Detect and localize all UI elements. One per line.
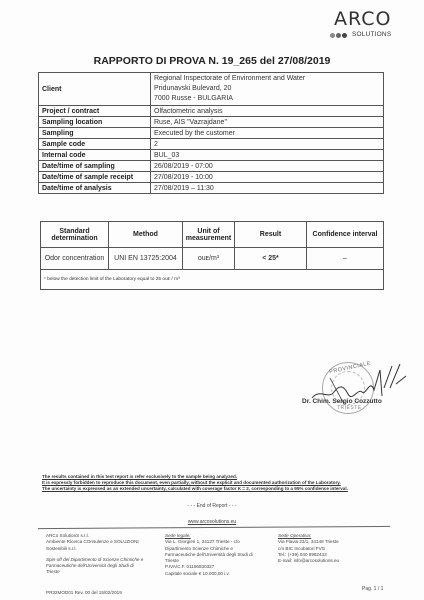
header-method: Method <box>109 222 183 248</box>
footer-company: ARCo SolutionS s.r.l. Ambiente Ricerca C… <box>46 533 156 576</box>
row-label: Sampling <box>39 128 151 139</box>
client-address: Pridunavski Bulevard, 20 <box>154 84 380 94</box>
detection-limit-note: * below the detection limit of the Labor… <box>41 270 384 290</box>
spinoff-line: Trieste <box>46 569 156 575</box>
row-value: Olfactometric analysis <box>151 106 384 117</box>
report-title: RAPPORTO DI PROVA N. 19_265 del 27/08/20… <box>0 55 424 67</box>
table-row: Internal codeBUL_03 <box>39 150 384 161</box>
disclaimer: The results contained in this test repor… <box>42 474 382 491</box>
row-label: Sampling location <box>39 117 151 128</box>
table-row: Date/time of analysis27/08/2019 – 11:30 <box>39 183 384 194</box>
row-label: Project / contract <box>39 106 151 117</box>
row-value: 2 <box>151 139 384 150</box>
unit-cell: ouᴇ/m³ <box>183 248 235 270</box>
table-row: Sample code2 <box>39 139 384 150</box>
table-row-client: Client Regional Inspectorate of Environm… <box>39 73 384 106</box>
results-row: Odor concentration UNI EN 13725:2004 ouᴇ… <box>41 248 384 270</box>
logo-subtitle: SOLUTIONS <box>352 31 391 38</box>
client-label: Client <box>39 73 151 106</box>
header-unit: Unit of measurement <box>183 222 235 248</box>
footer-operative-office: Sede Operativa: Via Flavia 23/1, 34148 T… <box>278 533 388 564</box>
table-row: Date/time of sampling26/08/2019 - 07:00 <box>39 161 384 172</box>
footer-legal-office: Sede legale: Via L. Giorgieri 1, 34127 T… <box>165 533 275 577</box>
table-row: Project / contractOlfactometric analysis <box>39 106 384 117</box>
client-city: 7000 Russe - BULGARIA <box>154 94 380 104</box>
disclaimer-line: The uncertainty is expressed as an exten… <box>42 486 382 492</box>
results-table: Standard determination Method Unit of me… <box>40 221 384 290</box>
row-value: Executed by the customer <box>151 128 384 139</box>
signer-name: Dr. Chim. Sergio Cozzutto <box>302 398 382 405</box>
operative-email: E-mail: info@arcosolutions.eu <box>278 558 388 564</box>
row-label: Date/time of sampling <box>39 161 151 172</box>
page-number: Pag. 1 / 1 <box>362 586 383 592</box>
confidence-cell: – <box>307 248 384 270</box>
logo-wordmark: ARCO <box>334 8 391 30</box>
row-value: Ruse, AIS "Vazrajdane" <box>151 117 384 128</box>
header-confidence-interval: Confidence interval <box>307 222 384 248</box>
table-row: Sampling locationRuse, AIS "Vazrajdane" <box>39 117 384 128</box>
header-standard-determination: Standard determination <box>41 222 109 248</box>
header-result: Result <box>235 222 307 248</box>
row-value: BUL_03 <box>151 150 384 161</box>
row-label: Date/time of analysis <box>39 183 151 194</box>
sample-info-table: Client Regional Inspectorate of Environm… <box>38 72 384 194</box>
website-link[interactable]: www.arcosolutions.eu <box>0 519 424 525</box>
result-cell: < 25* <box>235 248 307 270</box>
disclaimer-line: It is expressly forbidden to reproduce t… <box>42 480 382 486</box>
row-value: 26/08/2019 - 07:00 <box>151 161 384 172</box>
results-header-row: Standard determination Method Unit of me… <box>41 222 384 248</box>
end-of-report: - - - End of Report - - - <box>0 503 424 509</box>
footer-divider <box>38 526 390 529</box>
client-value: Regional Inspectorate of Environment and… <box>151 73 384 106</box>
document-reference: PR32MOD01 Rev. 00 del 15/02/2019 <box>46 590 122 595</box>
row-label: Sample code <box>39 139 151 150</box>
legal-line: Capitale sociale € 10.000,00 i.v. <box>165 571 275 577</box>
results-note-row: * below the detection limit of the Labor… <box>41 270 384 290</box>
logo-dots-icon <box>330 33 347 38</box>
determination-cell: Odor concentration <box>41 248 109 270</box>
table-row: SamplingExecuted by the customer <box>39 128 384 139</box>
table-row: Date/time of sample receipt27/08/2019 - … <box>39 172 384 183</box>
row-label: Date/time of sample receipt <box>39 172 151 183</box>
row-value: 27/08/2019 – 11:30 <box>151 183 384 194</box>
method-cell: UNI EN 13725:2004 <box>109 248 183 270</box>
row-label: Internal code <box>39 150 151 161</box>
arco-solutions-logo: ARCO SOLUTIONS <box>330 8 400 44</box>
client-name: Regional Inspectorate of Environment and… <box>154 74 380 84</box>
row-value: 27/08/2019 - 10:00 <box>151 172 384 183</box>
